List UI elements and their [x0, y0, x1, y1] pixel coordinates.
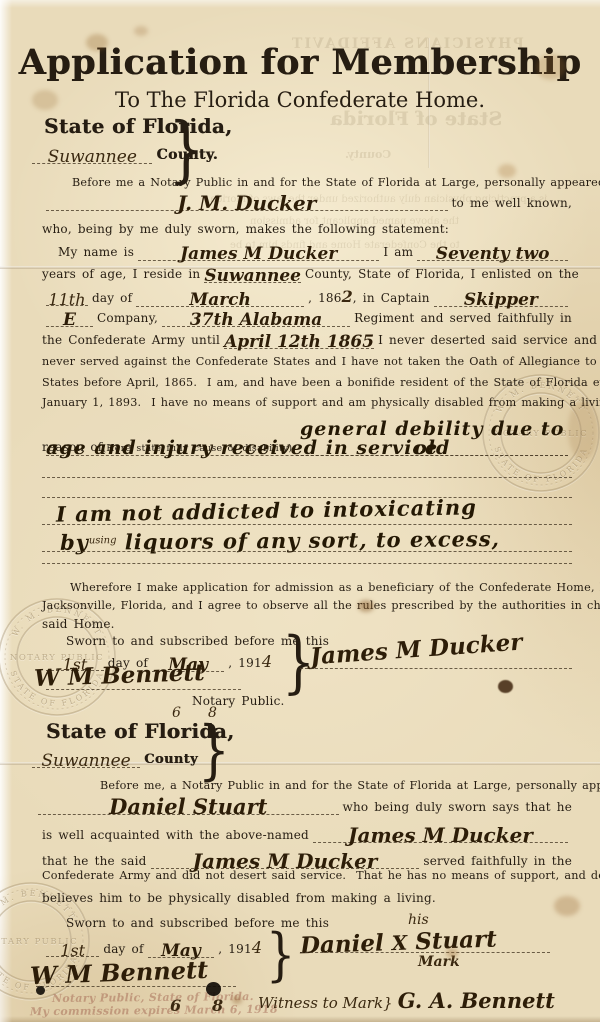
- affidavit-intro-line: Before me, a Notary Public in and for th…: [100, 779, 600, 792]
- well-known-label: to me well known,: [452, 196, 572, 210]
- inserted-word: using: [89, 535, 117, 546]
- stain: [232, 996, 242, 1004]
- applicant-name-handwritten: J. M. Ducker: [177, 193, 316, 213]
- stain: [32, 90, 58, 110]
- notary-stamp-line: My commission expires March 6, 1918: [30, 1003, 278, 1019]
- affidavit-line: Confederate Army and did not desert said…: [42, 869, 600, 882]
- day-handwritten: 11th: [48, 292, 85, 308]
- said-name-handwritten: James M Ducker: [193, 851, 378, 871]
- dayof-label: day of: [103, 942, 143, 956]
- signature-line: [300, 952, 550, 953]
- reside-county-handwritten: Suwannee: [204, 268, 301, 285]
- myname-label: My name is: [58, 245, 134, 259]
- iam-label: I am: [383, 245, 413, 259]
- ink-blot: [206, 982, 221, 996]
- county-label: County: [144, 752, 198, 767]
- army-until-label: the Confederate Army until: [42, 333, 220, 347]
- addiction-statement-1: I am not addicted to intoxicating: [56, 494, 477, 526]
- signature-line: [46, 689, 241, 690]
- paragraph-line: States before April, 1865. I am, and hav…: [42, 376, 600, 389]
- wherefore-line: said Home.: [42, 617, 115, 631]
- county-handwritten: Suwannee: [48, 149, 137, 166]
- handwritten-number: 8: [212, 996, 223, 1015]
- notary-public-label: Notary Public.: [192, 694, 285, 708]
- stain: [358, 600, 374, 612]
- sworn-day-handwritten: 1st: [60, 943, 85, 959]
- handwritten-number: 6: [170, 996, 181, 1015]
- blank-line: [42, 477, 572, 478]
- company-label: Company,: [97, 311, 158, 325]
- captain-handwritten: Skipper: [464, 292, 538, 309]
- stain: [134, 26, 148, 36]
- duly-sworn-label: who being duly sworn says that he: [343, 800, 573, 814]
- stain: [498, 164, 516, 178]
- service-end-handwritten: April 12th 1865: [224, 334, 374, 351]
- ghost-county-text: County.: [345, 148, 391, 161]
- paragraph-line: never served against the Confederate Sta…: [42, 355, 600, 368]
- regiment-label: Regiment and served faithfully in: [354, 311, 572, 325]
- wherefore-line: Jacksonville, Florida, and I agree to ob…: [42, 599, 600, 612]
- blank-line: [42, 551, 572, 552]
- county-handwritten: Suwannee: [41, 753, 130, 770]
- county-line-label: County, State of Florida, I enlisted on …: [305, 267, 579, 281]
- notary-signature: W M Bennett: [34, 659, 206, 692]
- year-print: , 191: [218, 942, 252, 956]
- desert-label: I never deserted said service and: [378, 333, 597, 347]
- said-label: that he the said: [42, 854, 147, 868]
- sworn-statement-label: who, being by me duly sworn, makes the f…: [42, 222, 449, 236]
- stain: [536, 54, 566, 80]
- marksman-first-name: Daniel: [300, 929, 385, 959]
- acquainted-label: is well acquainted with the above-named: [42, 828, 309, 842]
- stain: [568, 400, 598, 460]
- served-label: served faithfully in the: [423, 854, 572, 868]
- brace: }: [266, 920, 295, 988]
- witness-name-handwritten: Daniel Stuart: [109, 796, 267, 817]
- page-subtitle: To The Florida Confederate Home.: [0, 88, 600, 112]
- affidavit-line: believes him to be physically disabled f…: [42, 891, 436, 905]
- name-handwritten: James M Ducker: [180, 246, 337, 263]
- stain: [86, 34, 108, 51]
- named-handwritten: James M Ducker: [348, 825, 533, 845]
- reside-label: years of age, I reside in: [42, 267, 200, 281]
- stain: [446, 948, 458, 958]
- paragraph-line: January 1, 1893. I have no means of supp…: [42, 396, 600, 409]
- year-digit-handwritten: 4: [262, 652, 272, 671]
- signature-line: [300, 668, 572, 669]
- his-label-handwritten: his: [408, 912, 429, 928]
- ink-blot: [498, 680, 513, 693]
- age-handwritten: Seventy two: [436, 246, 550, 263]
- year-print: , 191: [228, 656, 262, 670]
- month-handwritten: March: [189, 292, 251, 309]
- disability-handwritten-2: age and injury received in service: [46, 439, 438, 458]
- year-print: , 186: [308, 291, 342, 305]
- wherefore-line: Wherefore I make application for admissi…: [70, 581, 600, 594]
- witness-signature: G. A. Bennett: [398, 988, 555, 1013]
- applicant-signature: James M Ducker: [309, 629, 523, 671]
- notary-signature: W M Bennett: [30, 955, 209, 990]
- captain-label: , in Captain: [353, 291, 430, 305]
- document-page: PHYSICIANS AFFIDAVIT State of Florida Co…: [0, 0, 600, 1022]
- regiment-handwritten: 37th Alabama: [190, 312, 322, 329]
- intro-line: Before me a Notary Public in and for the…: [72, 176, 600, 189]
- witness-to-mark: Witness to Mark} G. A. Bennett: [258, 988, 555, 1013]
- dayof-label: day of: [92, 291, 132, 305]
- year-digit-handwritten: 4: [252, 938, 262, 957]
- stain: [554, 896, 580, 916]
- year-digit-handwritten: 2: [342, 287, 353, 306]
- brace: }: [198, 712, 230, 787]
- blank-line: [42, 524, 572, 525]
- company-letter-handwritten: E: [63, 312, 76, 329]
- blank-line: [42, 563, 572, 564]
- ink-blot: [36, 986, 45, 995]
